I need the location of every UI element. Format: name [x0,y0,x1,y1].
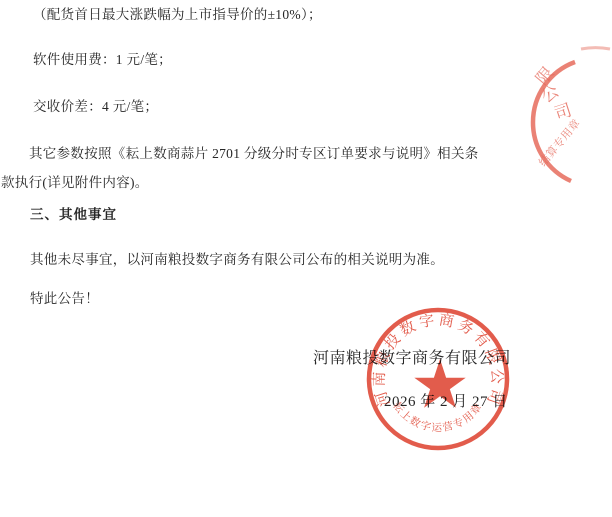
partial-seal-char-1: 限 [532,63,557,88]
partial-seal-char-2: 公 [538,81,563,106]
body-line-hereby-announced: 特此公告！ [30,289,99,309]
company-seal: 河南粮投数字商务有限公司 耘上数字运营专用章 [369,310,507,448]
partial-seal-arc [533,62,575,181]
body-line-delivery-spread: 交收价差：4 元/笔； [33,97,158,117]
body-line-software-fee: 软件使用费：1 元/笔； [33,50,172,70]
signature-company-name: 河南粮投数字商务有限公司 [313,349,511,369]
body-line-other-matters-text: 其他未尽事宜，以河南粮投数字商务有限公司公布的相关说明为准。 [30,250,444,270]
signature-date: 2026 年 2 月 27 日 [384,392,508,412]
body-line-price-limit: （配货首日最大涨跌幅为上市指导价的±10%）； [33,5,322,25]
seal-ring [369,310,507,448]
partial-seal: 限 公 司 结算专用章 [532,48,610,181]
section-heading-other-matters: 三、其他事宜 [30,205,117,225]
body-line-other-params-2: 款执行(详见附件内容)。 [1,173,149,193]
announcement-document: （配货首日最大涨跌幅为上市指导价的±10%）； 软件使用费：1 元/笔； 交收价… [0,0,612,517]
partial-seal-outer-arc [581,48,610,49]
partial-seal-inner-text: 结算专用章 [535,116,583,169]
partial-seal-char-3: 司 [552,100,574,123]
body-line-other-params-1: 其它参数按照《耘上数商蒜片 2701 分级分时专区订单要求与说明》相关条 [29,144,479,164]
